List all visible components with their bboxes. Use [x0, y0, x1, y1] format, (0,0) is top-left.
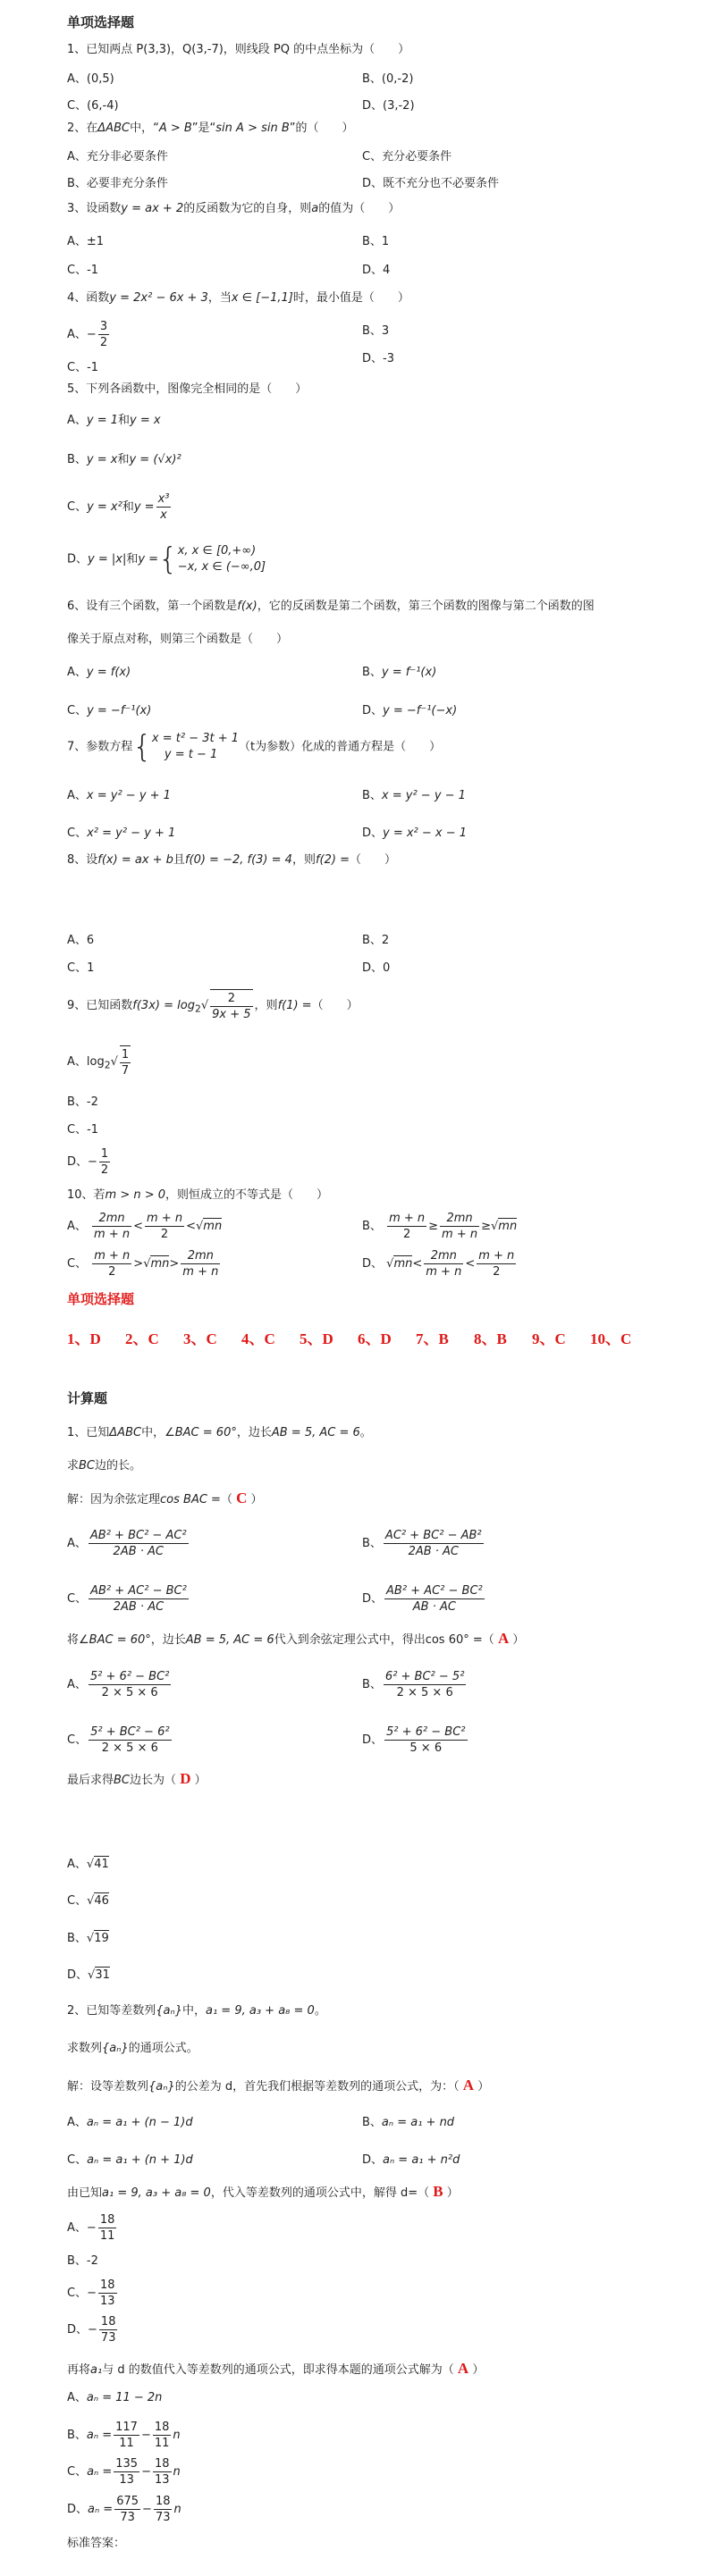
option-label: C、 — [67, 704, 87, 717]
math: aₙ = a₁ + n²d — [383, 2153, 460, 2167]
parametric-system: x = t² − 3t + 1y = t − 1 — [152, 731, 239, 763]
answer-item: 7、B — [416, 1331, 474, 1347]
q4-option-c: C、-1 — [67, 360, 98, 376]
q4-stem-mid: ，当 — [208, 291, 232, 305]
q8-stem-suffix: （ ） — [350, 853, 396, 867]
denominator: 73 — [154, 2510, 173, 2525]
denominator: 73 — [99, 2330, 118, 2345]
option-label: A、 — [67, 328, 87, 341]
q4-stem-suffix: 时，最小值是（ ） — [293, 291, 409, 305]
q10-option-c: C、 m + n2>√mn>2mnm + n — [67, 1248, 222, 1280]
option-label: D、 — [362, 1257, 383, 1271]
minus-sign: − — [88, 1155, 97, 1169]
text: 求 — [67, 1459, 79, 1473]
numerator: 18 — [154, 2494, 173, 2510]
math: aₙ = a₁ + (n + 1)d — [87, 2153, 193, 2167]
calc-q2-step2-option-a: A、−1811 — [67, 2212, 118, 2244]
question-5-stem: 5、下列各函数中，图像完全相同的是（ ） — [67, 382, 307, 398]
q2-stem-mid: 中，“ — [130, 122, 159, 135]
radicand: 31 — [95, 1967, 110, 1982]
text: 最后求得 — [67, 1774, 114, 1787]
q5-option-d: D、y = |x|和y ={x, x ∈ [0,+∞)−x, x ∈ (−∞,0… — [67, 543, 266, 575]
math: {aₙ} — [148, 2080, 175, 2094]
question-3-stem: 3、设函数y = ax + 2的反函数为它的自身，则a的值为（ ） — [67, 201, 400, 217]
math: aₙ = a₁ + nd — [382, 2116, 454, 2129]
radicand: mn — [498, 1218, 517, 1233]
operator: − — [142, 2503, 152, 2516]
text: 解：因为余弦定理 — [67, 1493, 160, 1506]
section-title-single-choice: 单项选择题 — [67, 14, 134, 30]
q2-stem-prefix: 2、在 — [67, 122, 97, 135]
text: 。 — [360, 1426, 372, 1439]
q3-option-b: B、1 — [362, 234, 389, 250]
option-label: C、 — [67, 827, 87, 840]
option-label: A、 — [67, 2116, 87, 2129]
q5-option-b: B、y = x和y = (√x)² — [67, 452, 181, 468]
equation-x: x = t² − 3t + 1 — [152, 731, 239, 747]
option-label: D、 — [362, 827, 383, 840]
answer-item: 4、C — [241, 1331, 300, 1347]
variable: n — [173, 2429, 180, 2442]
option-label: C、 — [67, 1592, 87, 1606]
math: BC — [79, 1459, 95, 1473]
q2-option-d: D、既不充分也不必要条件 — [362, 176, 499, 192]
text: 2、已知等差数列 — [67, 2004, 156, 2018]
q6-option-a: A、y = f(x) — [67, 665, 131, 681]
fraction: 2mnm + n — [181, 1248, 220, 1280]
sqrt-icon: √ — [111, 1055, 118, 1069]
radicand: 19 — [94, 1930, 109, 1945]
text: 边长为 — [130, 1774, 165, 1787]
math: {aₙ} — [156, 2004, 182, 2018]
q6-stem-suffix: ，它的反函数是第二个函数，第三个函数的图像与第二个函数的图 — [257, 600, 595, 613]
q6-option-d: D、y = −f⁻¹(−x) — [362, 703, 457, 719]
numerator: 5² + 6² − BC² — [89, 1669, 172, 1685]
q2-option-c: C、充分必要条件 — [362, 149, 452, 165]
denominator: m + n — [92, 1227, 131, 1242]
option-label: B、 — [67, 2429, 87, 2442]
calc-q2-step2: 由已知a₁ = 9, a₃ + a₈ = 0，代入等差数列的通项公式中，解得 d… — [67, 2184, 459, 2202]
text: 解：设等差数列 — [67, 2080, 148, 2094]
numerator: m + n — [387, 1211, 426, 1227]
case-2: −x, x ∈ (−∞,0] — [178, 559, 266, 575]
numerator: AB² + AC² − BC² — [384, 1583, 485, 1599]
calc-q2-step3-option-d: D、aₙ =67573−1873n — [67, 2494, 181, 2525]
question-4-stem: 4、函数y = 2x² − 6x + 3，当x ∈ [−1,1]时，最小值是（ … — [67, 290, 409, 306]
math: x = y² − y − 1 — [382, 789, 466, 802]
option-label: B、 — [362, 666, 382, 679]
fraction: AC² + BC² − AB²2AB · AC — [384, 1528, 484, 1559]
option-label: A、 — [67, 2221, 87, 2235]
calc-q1-step2: 将∠BAC = 60°，边长AB = 5, AC = 6代入到余弦定理公式中，得… — [67, 1631, 524, 1649]
denominator: 13 — [153, 2472, 172, 2488]
text: 将 — [67, 1633, 79, 1647]
q8-option-b: B、2 — [362, 933, 389, 949]
q7-stem-suffix: （t为参数）化成的普通方程是（ ） — [239, 741, 441, 754]
denominator: m + n — [181, 1264, 220, 1280]
q1-option-d: D、(3,-2) — [362, 98, 415, 114]
filled-answer: D — [180, 1770, 190, 1787]
option-label: B、 — [67, 2254, 87, 2268]
question-7-stem: 7、参数方程{x = t² − 3t + 1y = t − 1（t为参数）化成的… — [67, 731, 441, 763]
q5-option-c: C、y = x²和y =x³x — [67, 491, 173, 523]
variable: n — [173, 2503, 181, 2516]
text: 。 — [315, 2004, 326, 2018]
math: y = (√x)² — [129, 453, 181, 466]
text: 中， — [182, 2004, 206, 2018]
denominator: 2AB · AC — [89, 1544, 189, 1559]
text: 的公差为 d，首先我们根据等差数列的通项公式，为： — [175, 2080, 453, 2094]
q8-option-a: A、6 — [67, 933, 94, 949]
calc-q2-step3-option-b: B、aₙ =11711−1811n — [67, 2420, 181, 2451]
q10-option-d: D、 √mn<2mnm + n<m + n2 — [362, 1248, 518, 1280]
denominator: 2 — [477, 1264, 516, 1280]
minus-sign: − — [87, 2287, 97, 2300]
left-brace-icon: { — [132, 732, 152, 762]
math: a₁ = 9, a₃ + a₈ = 0 — [206, 2004, 315, 2018]
calc-q2-step3: 再将a₁与 d 的数值代入等差数列的通项公式，即求得本题的通项公式解为（ A ） — [67, 2361, 484, 2379]
q8-option-c: C、1 — [67, 961, 94, 977]
operator: > — [169, 1257, 179, 1271]
fraction: m + n2 — [387, 1211, 426, 1242]
calc-q1-step2-option-c: C、5² + BC² − 6²2 × 5 × 6 — [67, 1724, 173, 1756]
denominator: 13 — [98, 2294, 117, 2309]
paren: （ — [443, 2363, 454, 2377]
denominator: 2 × 5 × 6 — [384, 1685, 467, 1700]
fraction: AB² + AC² − BC²2AB · AC — [89, 1583, 189, 1615]
answer-item: 2、C — [125, 1331, 183, 1347]
denominator: 13 — [114, 2472, 139, 2488]
fraction: 17 — [120, 1045, 131, 1078]
option-label: D、 — [67, 2503, 88, 2516]
text: ，边长 — [151, 1633, 186, 1647]
fraction: 1811 — [153, 2420, 172, 2451]
conjunction: 和 — [126, 553, 138, 566]
denominator: 11 — [153, 2436, 172, 2451]
numerator: 18 — [153, 2420, 172, 2436]
option-label: B、 — [362, 1220, 382, 1233]
fraction: 1813 — [98, 2278, 117, 2309]
math: y = — [138, 553, 158, 566]
text: 由已知 — [67, 2186, 102, 2200]
option-label: C、 — [67, 2153, 87, 2167]
fraction: AB² + BC² − AC²2AB · AC — [89, 1528, 189, 1559]
q10-option-b: B、 m + n2≥2mnm + n≥√mn — [362, 1211, 517, 1242]
paren: ） — [447, 2186, 459, 2200]
option-label: A、 — [67, 2391, 87, 2404]
fraction: AB² + AC² − BC²AB · AC — [384, 1583, 485, 1615]
calc-q1-step3-option: B、√19 — [67, 1931, 109, 1947]
operator: ≥ — [428, 1220, 438, 1233]
q9-option-b: B、-2 — [67, 1095, 98, 1111]
calc-q1-step2-option-a: A、5² + 6² − BC²2 × 5 × 6 — [67, 1669, 173, 1700]
q3-option-a: A、±1 — [67, 234, 104, 250]
numerator: 5² + BC² − 6² — [89, 1724, 172, 1741]
math: ΔABC — [109, 1426, 141, 1439]
calc-q2-step1-option-b: B、aₙ = a₁ + nd — [362, 2115, 454, 2131]
calc-q1-step1-option-c: C、AB² + AC² − BC²2AB · AC — [67, 1583, 190, 1615]
question-1-stem: 1、已知两点 P(3,3)，Q(3,-7)，则线段 PQ 的中点坐标为（ ） — [67, 42, 409, 58]
q9-stem-suffix: （ ） — [312, 999, 359, 1012]
text: 中， — [141, 1426, 165, 1439]
fraction: 2mnm + n — [92, 1211, 131, 1242]
case-1: x, x ∈ [0,+∞) — [178, 543, 266, 559]
math: aₙ = — [87, 2429, 112, 2442]
operator: < — [186, 1220, 196, 1233]
q7-option-b: B、x = y² − y − 1 — [362, 788, 466, 804]
section-title-calculation: 计算题 — [67, 1390, 107, 1406]
answer-item: 3、C — [183, 1331, 241, 1347]
numerator: 3 — [98, 319, 109, 335]
conjunction: 和 — [118, 414, 130, 427]
paren: （ — [453, 2080, 460, 2094]
q6-option-c: C、y = −f⁻¹(x) — [67, 703, 151, 719]
paren: ） — [512, 1633, 524, 1647]
fraction: 2mnm + n — [440, 1211, 479, 1242]
denominator: 11 — [114, 2436, 139, 2451]
answer-item: 9、C — [532, 1331, 590, 1347]
numerator: 2mn — [424, 1248, 463, 1264]
option-label: A、 — [67, 1220, 87, 1233]
filled-answer: C — [236, 1489, 247, 1506]
operator: − — [141, 2465, 151, 2479]
option-label: C、 — [67, 2465, 87, 2479]
paren: （ — [165, 1774, 176, 1787]
q9-math: f(3x) = log — [132, 999, 195, 1012]
math: y = f⁻¹(x) — [382, 666, 436, 679]
q6-option-b: B、y = f⁻¹(x) — [362, 665, 436, 681]
math: x² = y² − y + 1 — [87, 827, 175, 840]
math: y = −f⁻¹(−x) — [383, 704, 457, 717]
option-label: C、 — [67, 500, 87, 514]
option-label: D、 — [67, 1155, 88, 1169]
calc-q2-step3-option-a: A、aₙ = 11 − 2n — [67, 2390, 162, 2406]
paren: （ — [483, 1633, 494, 1647]
paren: （ — [221, 1493, 232, 1506]
q4-option-a: A、−32 — [67, 319, 111, 350]
q9-option-c: C、-1 — [67, 1122, 98, 1138]
option-label: C、 — [67, 1257, 87, 1271]
math: a₁ — [90, 2363, 102, 2377]
option-label: B、 — [362, 1678, 382, 1691]
text: ，边长 — [237, 1426, 272, 1439]
fraction: 67573 — [114, 2494, 140, 2525]
paren: （ — [418, 2186, 429, 2200]
calc-q1-step1-option-d: D、AB² + AC² − BC²AB · AC — [362, 1583, 486, 1615]
text: 1、已知 — [67, 1426, 109, 1439]
filled-answer: A — [498, 1630, 509, 1647]
radicand: 41 — [94, 1856, 109, 1871]
operator: < — [133, 1220, 143, 1233]
option-label: B、 — [67, 453, 87, 466]
piecewise-cases: x, x ∈ [0,+∞)−x, x ∈ (−∞,0] — [178, 543, 266, 575]
radicand: mn — [393, 1255, 412, 1271]
numerator: 2mn — [92, 1211, 131, 1227]
q3-option-d: D、4 — [362, 263, 390, 279]
fraction: 11711 — [114, 2420, 139, 2451]
math: ∠BAC = 60° — [79, 1633, 151, 1647]
calc-q1-step3: 最后求得BC边长为（ D ） — [67, 1771, 207, 1789]
q8-math2: f(0) = −2, f(3) = 4 — [185, 853, 292, 867]
sqrt-icon: √ — [87, 1858, 94, 1871]
numerator: m + n — [145, 1211, 184, 1227]
option-label: A、 — [67, 1858, 87, 1871]
math: y = x — [130, 414, 161, 427]
numerator: 135 — [114, 2456, 139, 2472]
fraction: 29x + 5 — [210, 989, 252, 1022]
option-label: A、 — [67, 666, 87, 679]
math: y = f(x) — [87, 666, 131, 679]
sqrt-icon: √ — [87, 1932, 94, 1945]
fraction: 12 — [99, 1146, 110, 1178]
operator: < — [412, 1257, 422, 1271]
q8-stem-prefix: 8、设 — [67, 853, 97, 867]
question-6-stem-line2: 像关于原点对称，则第三个函数是（ ） — [67, 632, 288, 648]
math: a₁ = 9, a₃ + a₈ = 0 — [102, 2186, 211, 2200]
numerator: 1 — [120, 1047, 131, 1063]
radicand: mn — [150, 1255, 169, 1271]
paren: ） — [195, 1774, 207, 1787]
math: BC — [114, 1774, 130, 1787]
q1-option-b: B、(0,-2) — [362, 71, 413, 88]
radicand: 46 — [94, 1892, 109, 1908]
denominator: 5 × 6 — [384, 1741, 468, 1756]
operator: ≥ — [481, 1220, 491, 1233]
answer-item: 8、B — [474, 1331, 532, 1347]
math: aₙ = — [88, 2503, 113, 2516]
denominator: m + n — [440, 1227, 479, 1242]
q10-stem-prefix: 10、若 — [67, 1188, 106, 1202]
q8-stem-mid2: ，则 — [292, 853, 316, 867]
math: y = −f⁻¹(x) — [87, 704, 151, 717]
option-label: A、 — [67, 789, 87, 802]
minus-sign: − — [87, 2221, 97, 2235]
numerator: 675 — [114, 2494, 140, 2510]
numerator: 117 — [114, 2420, 139, 2436]
paren: ） — [251, 1493, 263, 1506]
math: y = x² — [87, 500, 122, 514]
fraction: 5² + BC² − 6²2 × 5 × 6 — [89, 1724, 172, 1756]
denominator: 2AB · AC — [89, 1599, 189, 1615]
filled-answer: B — [433, 2183, 443, 2200]
variable: n — [173, 2465, 181, 2479]
numerator: 18 — [98, 2278, 117, 2294]
calc-q1-step1-option-a: A、AB² + BC² − AC²2AB · AC — [67, 1528, 190, 1559]
math: y = 1 — [87, 414, 118, 427]
question-8-stem: 8、设f(x) = ax + b且f(0) = −2, f(3) = 4，则f(… — [67, 852, 396, 868]
numerator: 2mn — [440, 1211, 479, 1227]
minus-sign: − — [87, 328, 97, 341]
denominator: 2AB · AC — [384, 1544, 484, 1559]
math: {aₙ} — [102, 2042, 129, 2055]
q4-stem-prefix: 4、函数 — [67, 291, 109, 305]
numerator: AC² + BC² − AB² — [384, 1528, 484, 1544]
fraction: 13513 — [114, 2456, 139, 2488]
calc-q2-step1-option-a: A、aₙ = a₁ + (n − 1)d — [67, 2115, 193, 2131]
answer-key-row: 1、D2、C3、C4、C5、D6、D7、B8、B9、C10、C — [67, 1331, 648, 1347]
standard-answer-label: 标准答案： — [67, 2536, 125, 2552]
calc-q1-step1-option-b: B、AC² + BC² − AB²2AB · AC — [362, 1528, 485, 1559]
math: log — [87, 1055, 105, 1069]
q10-stem-suffix: ，则恒成立的不等式是（ ） — [165, 1188, 328, 1202]
q9-option-a: A、log2√17 — [67, 1045, 132, 1078]
conjunction: 和 — [117, 453, 129, 466]
calc-q2-ask: 求数列{aₙ}的通项公式。 — [67, 2041, 198, 2057]
denominator: 2 — [92, 1264, 131, 1280]
option-label: B、 — [362, 1537, 382, 1550]
option-label: C、 — [67, 1894, 87, 1908]
q7-stem-prefix: 7、参数方程 — [67, 741, 132, 754]
numerator: 18 — [153, 2456, 172, 2472]
answer-key-title: 单项选择题 — [67, 1291, 134, 1307]
calc-q2-step2-option-c: C、−1813 — [67, 2278, 119, 2309]
math: y = x² − x − 1 — [383, 827, 467, 840]
q8-math3: f(2) = — [316, 853, 350, 867]
q10-option-a: A、 2mnm + n<m + n2<√mn — [67, 1211, 222, 1242]
text: 求数列 — [67, 2042, 102, 2055]
numerator: 2mn — [181, 1248, 220, 1264]
denominator: 2 — [145, 1227, 184, 1242]
text: ，代入等差数列的通项公式中，解得 d= — [211, 2186, 418, 2200]
fraction: 1813 — [153, 2456, 172, 2488]
q2-math-ab: A > B — [159, 122, 192, 135]
calc-q1-step3-option: D、√31 — [67, 1968, 110, 1984]
fraction: 6² + BC² − 5²2 × 5 × 6 — [384, 1669, 467, 1700]
left-brace-icon: { — [158, 544, 178, 575]
calc-q2-step1: 解：设等差数列{aₙ}的公差为 d，首先我们根据等差数列的通项公式，为：（ A … — [67, 2077, 489, 2095]
q7-option-c: C、x² = y² − y + 1 — [67, 826, 175, 842]
numerator: AB² + BC² − AC² — [89, 1528, 189, 1544]
q2-math-sin: sin A > sin B — [215, 122, 289, 135]
option-label: D、 — [362, 2153, 383, 2167]
q9-option-d: D、−12 — [67, 1146, 112, 1178]
calc-q2-step2-option-d: D、−1873 — [67, 2314, 119, 2345]
math: y = — [134, 500, 155, 514]
conjunction: 和 — [122, 500, 134, 514]
q10-math: m > n > 0 — [106, 1188, 166, 1202]
calc-q1-step2-option-b: B、6² + BC² − 5²2 × 5 × 6 — [362, 1669, 468, 1700]
q3-stem-prefix: 3、设函数 — [67, 202, 121, 215]
text: 代入到余弦定理公式中，得出 — [274, 1633, 426, 1647]
option-label: A、 — [67, 1678, 87, 1691]
answer-item: 5、D — [300, 1331, 358, 1347]
q1-option-c: C、(6,-4) — [67, 98, 119, 114]
option-label: A、 — [67, 1055, 87, 1069]
fraction: 2mnm + n — [424, 1248, 463, 1280]
sqrt-icon: √ — [201, 999, 208, 1012]
math: aₙ = — [87, 2465, 112, 2479]
q8-math: f(x) = ax + b — [97, 853, 173, 867]
q4-math: y = 2x² − 6x + 3 — [109, 291, 208, 305]
q4-option-d: D、-3 — [362, 351, 394, 367]
answer-item: 10、C — [590, 1331, 648, 1347]
option-label: A、 — [67, 414, 87, 427]
text: 的通项公式。 — [129, 2042, 198, 2055]
fraction: 1811 — [98, 2212, 117, 2244]
denominator: AB · AC — [384, 1599, 485, 1615]
calc-q2-step2-option-b: B、-2 — [67, 2253, 98, 2270]
denominator: 2 — [387, 1227, 426, 1242]
option-label: D、 — [362, 1592, 383, 1606]
option-label: D、 — [67, 2323, 88, 2337]
calc-q1-step1: 解：因为余弦定理cos BAC =（ C ） — [67, 1490, 263, 1508]
q6-math: f(x) — [237, 600, 257, 613]
denominator: 9x + 5 — [210, 1007, 252, 1022]
denominator: 2 — [99, 1162, 110, 1178]
denominator: 2 × 5 × 6 — [89, 1741, 172, 1756]
q8-stem-mid: 且 — [173, 853, 185, 867]
q7-option-d: D、y = x² − x − 1 — [362, 826, 467, 842]
